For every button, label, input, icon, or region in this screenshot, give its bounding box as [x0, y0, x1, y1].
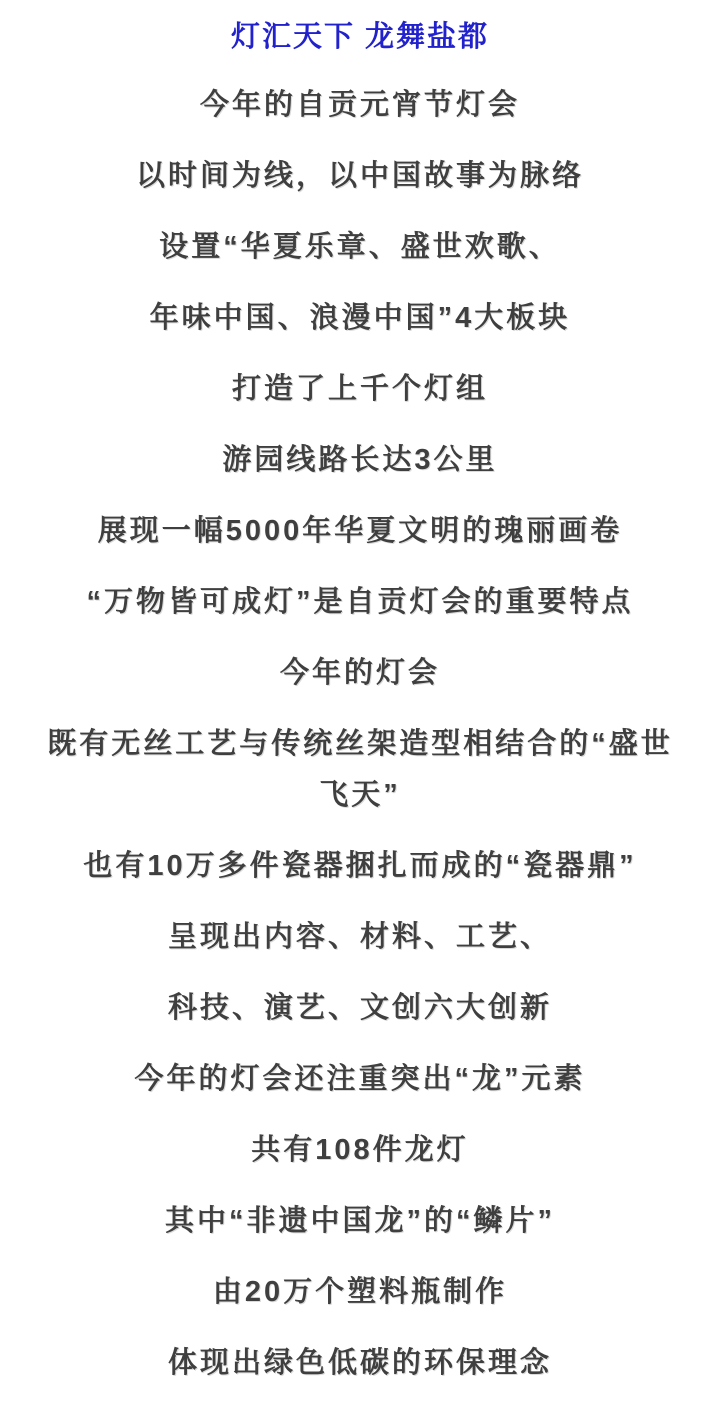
paragraph: 今年的自贡元宵节灯会: [35, 80, 685, 131]
paragraph: 也有10万多件瓷器捆扎而成的“瓷器鼎”: [35, 841, 685, 892]
paragraph: 呈现出内容、材料、工艺、: [35, 912, 685, 963]
paragraph: 科技、演艺、文创六大创新: [35, 983, 685, 1034]
paragraph: 其中“非遗中国龙”的“鳞片”: [35, 1196, 685, 1247]
paragraph: 设置“华夏乐章、盛世欢歌、: [35, 222, 685, 273]
paragraph: 以时间为线，以中国故事为脉络: [35, 151, 685, 202]
paragraph: 体现出绿色低碳的环保理念: [35, 1338, 685, 1389]
article: 灯汇天下 龙舞盐都 今年的自贡元宵节灯会以时间为线，以中国故事为脉络设置“华夏乐…: [0, 0, 720, 1399]
paragraph: “万物皆可成灯”是自贡灯会的重要特点: [35, 577, 685, 628]
paragraph: 年味中国、浪漫中国”4大板块: [35, 293, 685, 344]
paragraph: 由20万个塑料瓶制作: [35, 1267, 685, 1318]
paragraph: 既有无丝工艺与传统丝架造型相结合的“盛世飞天”: [35, 719, 685, 821]
article-body: 今年的自贡元宵节灯会以时间为线，以中国故事为脉络设置“华夏乐章、盛世欢歌、年味中…: [35, 80, 685, 1389]
paragraph: 游园线路长达3公里: [35, 435, 685, 486]
paragraph: 今年的灯会还注重突出“龙”元素: [35, 1054, 685, 1105]
paragraph: 今年的灯会: [35, 648, 685, 699]
article-title: 灯汇天下 龙舞盐都: [35, 12, 685, 63]
paragraph: 共有108件龙灯: [35, 1125, 685, 1176]
paragraph: 展现一幅5000年华夏文明的瑰丽画卷: [35, 506, 685, 557]
paragraph: 打造了上千个灯组: [35, 364, 685, 415]
